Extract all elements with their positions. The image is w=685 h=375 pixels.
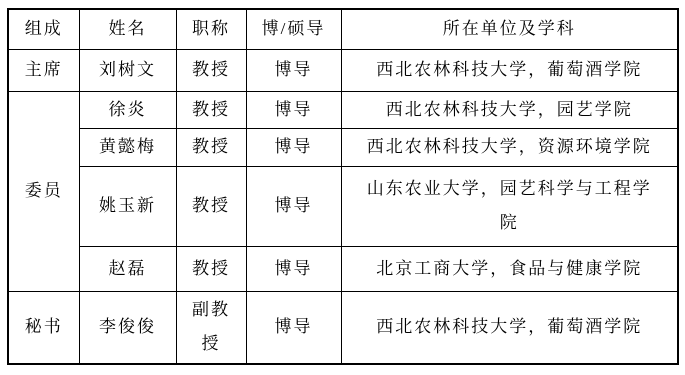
unit-text: 山东农业大学，园艺科学与工程学院 [359, 172, 659, 240]
header-cell-title: 职称 [176, 9, 246, 49]
name-cell: 李俊俊 [79, 291, 176, 364]
supervisor-cell: 博导 [246, 246, 341, 291]
document-page: 组成 姓名 职称 博/硕导 所在单位及学科 主席 刘树文 教授 博导 西北农林科… [0, 0, 685, 365]
unit-cell: 西北农林科技大学，资源环境学院 [341, 128, 678, 166]
unit-cell: 北京工商大学，食品与健康学院 [341, 246, 678, 291]
table-row-member-1: 委员 徐炎 教授 博导 西北农林科技大学，园艺学院 [8, 91, 678, 128]
table-row-member-4: 赵磊 教授 博导 北京工商大学，食品与健康学院 [8, 246, 678, 291]
name-cell: 赵磊 [79, 246, 176, 291]
role-cell-members: 委员 [8, 91, 79, 291]
title-cell: 教授 [176, 166, 246, 246]
supervisor-cell: 博导 [246, 91, 341, 128]
supervisor-cell: 博导 [246, 291, 341, 364]
header-cell-supervisor: 博/硕导 [246, 9, 341, 49]
header-row: 组成 姓名 职称 博/硕导 所在单位及学科 [8, 9, 678, 49]
name-cell: 刘树文 [79, 49, 176, 91]
title-cell: 教授 [176, 91, 246, 128]
title-text: 副教授 [189, 293, 233, 361]
unit-cell: 西北农林科技大学，葡萄酒学院 [341, 291, 678, 364]
header-cell-unit: 所在单位及学科 [341, 9, 678, 49]
title-cell: 教授 [176, 128, 246, 166]
supervisor-cell: 博导 [246, 166, 341, 246]
title-cell: 副教授 [176, 291, 246, 364]
name-cell: 黄懿梅 [79, 128, 176, 166]
unit-cell: 西北农林科技大学，葡萄酒学院 [341, 49, 678, 91]
table-row-chair: 主席 刘树文 教授 博导 西北农林科技大学，葡萄酒学院 [8, 49, 678, 91]
role-cell-chair: 主席 [8, 49, 79, 91]
table-row-member-2: 黄懿梅 教授 博导 西北农林科技大学，资源环境学院 [8, 128, 678, 166]
header-cell-name: 姓名 [79, 9, 176, 49]
table-row-secretary: 秘书 李俊俊 副教授 博导 西北农林科技大学，葡萄酒学院 [8, 291, 678, 364]
name-cell: 姚玉新 [79, 166, 176, 246]
unit-cell: 山东农业大学，园艺科学与工程学院 [341, 166, 678, 246]
header-cell-role: 组成 [8, 9, 79, 49]
supervisor-cell: 博导 [246, 49, 341, 91]
unit-cell: 西北农林科技大学，园艺学院 [341, 91, 678, 128]
title-cell: 教授 [176, 246, 246, 291]
committee-table: 组成 姓名 职称 博/硕导 所在单位及学科 主席 刘树文 教授 博导 西北农林科… [7, 8, 679, 365]
table-row-member-3: 姚玉新 教授 博导 山东农业大学，园艺科学与工程学院 [8, 166, 678, 246]
supervisor-cell: 博导 [246, 128, 341, 166]
name-cell: 徐炎 [79, 91, 176, 128]
title-cell: 教授 [176, 49, 246, 91]
role-cell-secretary: 秘书 [8, 291, 79, 364]
